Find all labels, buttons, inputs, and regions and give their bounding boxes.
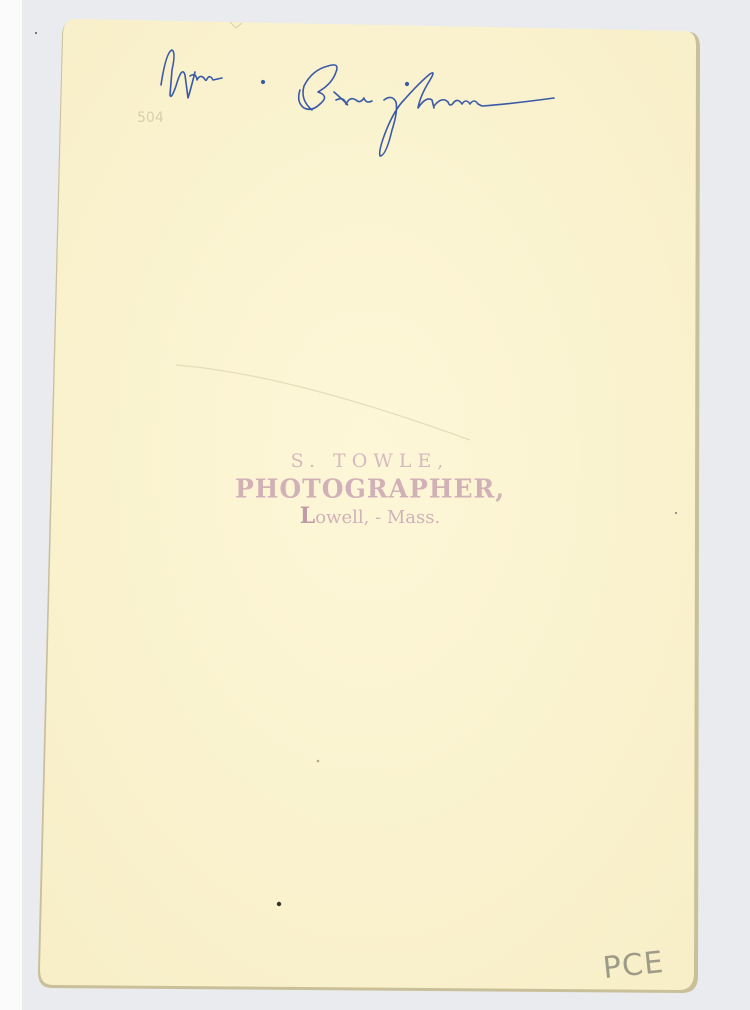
stamp-title: PHOTOGRAPHER, [200,473,540,503]
photo-card-back: 504 S. TOWLE, PHOTOGRAPHER, Lowell, - Ma… [0,0,750,1010]
stamp-location: Lowell, - Mass. [200,503,540,529]
photographer-stamp: S. TOWLE, PHOTOGRAPHER, Lowell, - Mass. [200,450,540,529]
pencil-corner-note: PCE [601,945,665,986]
pencil-catalog-number: 504 [137,110,164,126]
stamp-name: S. TOWLE, [200,450,540,472]
